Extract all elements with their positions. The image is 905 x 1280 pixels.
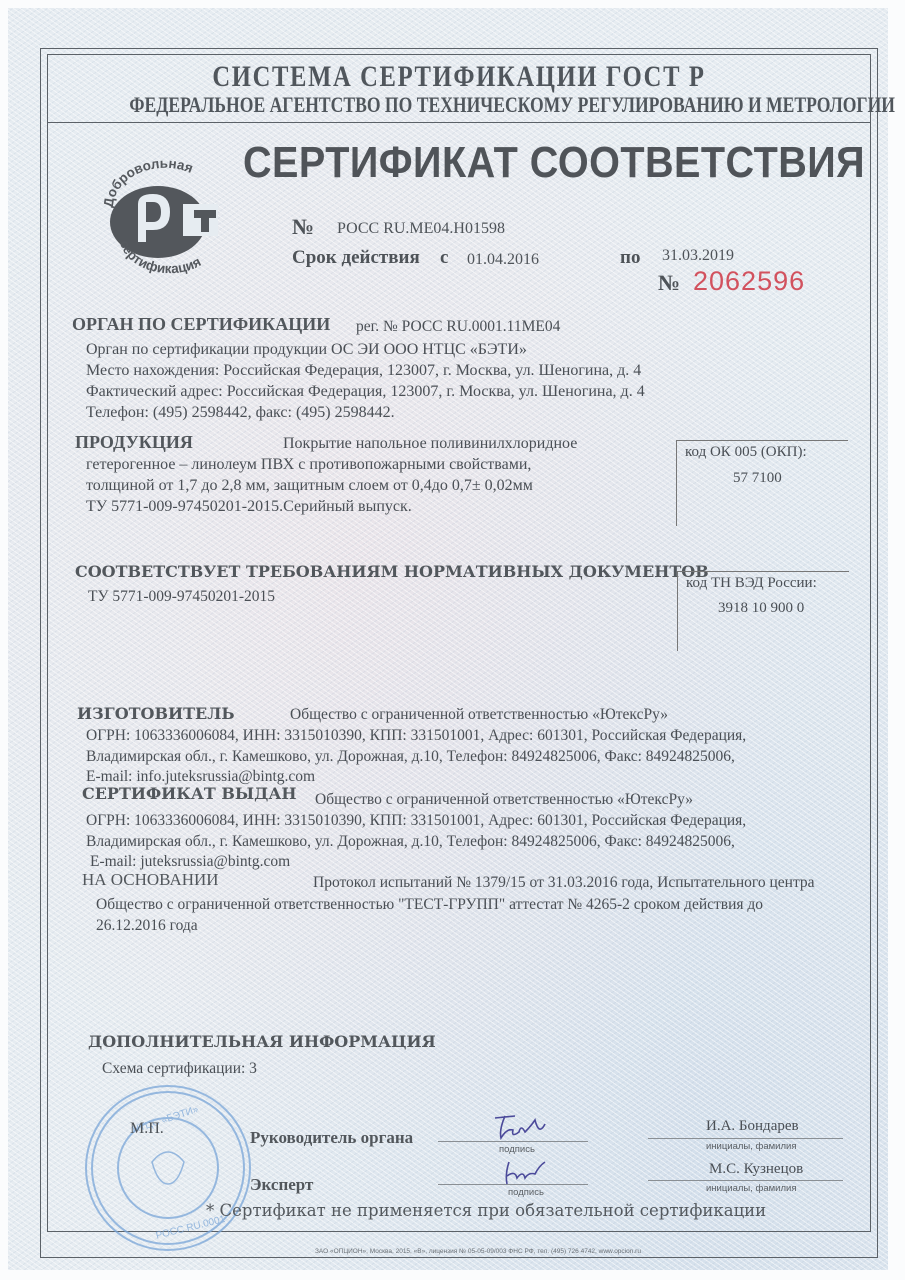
additional-info-heading: ДОПОЛНИТЕЛЬНАЯ ИНФОРМАЦИЯ [88, 1032, 436, 1051]
head-signature-caption: подпись [499, 1144, 535, 1155]
issued-to-email: E-mail: juteksrussia@bintg.com [90, 853, 290, 871]
header-divider [47, 122, 871, 123]
validity-label: Срок действия [292, 247, 420, 269]
product-line: гетерогенное – линолеум ПВХ с противопож… [86, 456, 531, 474]
tnved-code: 3918 10 900 0 [718, 600, 804, 617]
product-line: ТУ 5771-009-97450201-2015.Серийный выпус… [86, 498, 412, 516]
expert-name-line [648, 1180, 843, 1181]
form-number-label: № [658, 270, 680, 296]
product-heading: ПРОДУКЦИЯ [75, 432, 193, 453]
form-number: 2062596 [693, 266, 805, 297]
expert-name: М.С. Кузнецов [709, 1161, 803, 1178]
manufacturer-heading: ИЗГОТОВИТЕЛЬ [77, 704, 235, 723]
certification-body-reg-number: рег. № РОСС RU.0001.11МЕ04 [356, 318, 560, 336]
valid-from-date: 01.04.2016 [467, 251, 539, 269]
basis-line: Протокол испытаний № 1379/15 от 31.03.20… [313, 874, 815, 892]
manufacturer-name: Общество с ограниченной ответственностью… [290, 706, 668, 724]
certification-scheme: Схема сертификации: 3 [102, 1060, 257, 1078]
basis-heading: НА ОСНОВАНИИ [82, 870, 219, 890]
product-line: Покрытие напольное поливинилхлоридное [283, 435, 577, 453]
valid-to-date: 31.03.2019 [662, 247, 734, 265]
document-title: СЕРТИФИКАТ СООТВЕТСТВИЯ [243, 138, 865, 188]
certification-body-line: Фактический адрес: Российская Федерация,… [86, 383, 645, 401]
printer-footer: ЗАО «ОПЦИОН», Москва, 2015, «В», лицензи… [315, 1248, 641, 1255]
okp-code: 57 7100 [733, 470, 782, 487]
expert-signature-caption: подпись [508, 1187, 544, 1198]
head-role-label: Руководитель органа [250, 1128, 413, 1148]
organization-stamp-icon: НТЦС «БЭТИ» РОСС RU.0001 [82, 1082, 254, 1254]
stamp-place-label: М.П. [130, 1120, 164, 1138]
expert-signature-icon [495, 1158, 555, 1186]
certification-body-line: Орган по сертификации продукции ОС ЭИ ОО… [86, 341, 527, 359]
issued-to-name: Общество с ограниченной ответственностью… [315, 791, 693, 809]
manufacturer-line: ОГРН: 1063336006084, ИНН: 3315010390, КП… [86, 727, 746, 745]
basis-line: 26.12.2016 года [96, 917, 198, 935]
validity-to-label: по [620, 247, 640, 269]
issued-to-heading: СЕРТИФИКАТ ВЫДАН [82, 784, 296, 803]
head-name: И.А. Бондарев [706, 1118, 799, 1135]
validity-from-label: с [440, 247, 448, 269]
head-signature-icon [485, 1110, 555, 1142]
certificate-number-label: № [292, 214, 314, 240]
system-title: СИСТЕМА СЕРТИФИКАЦИИ ГОСТ Р [121, 60, 797, 94]
okp-code-box: код ОК 005 (ОКП): 57 7100 [676, 440, 848, 526]
certification-body-line: Место нахождения: Российская Федерация, … [86, 362, 641, 380]
tnved-code-label: код ТН ВЭД России: [686, 575, 817, 592]
voluntary-notice: * Сертификат не применяется при обязател… [206, 1201, 766, 1220]
product-line: толщиной от 1,7 до 2,8 мм, защитным слое… [86, 477, 533, 495]
rst-logo-icon: Добровольная сертификация [98, 160, 228, 275]
okp-code-label: код ОК 005 (ОКП): [685, 444, 807, 461]
expert-name-caption: инициалы, фамилия [706, 1183, 796, 1194]
head-name-caption: инициалы, фамилия [706, 1141, 796, 1152]
certification-body-heading: ОРГАН ПО СЕРТИФИКАЦИИ [72, 314, 330, 335]
issued-to-line: ОГРН: 1063336006084, ИНН: 3315010390, КП… [86, 812, 746, 830]
expert-role-label: Эксперт [250, 1175, 313, 1195]
head-name-line [648, 1138, 843, 1139]
agency-name: ФЕДЕРАЛЬНОЕ АГЕНТСТВО ПО ТЕХНИЧЕСКОМУ РЕ… [129, 92, 788, 118]
certification-body-line: Телефон: (495) 2598442, факс: (495) 2598… [86, 404, 395, 422]
issued-to-line: Владимирская обл., г. Камешково, ул. Дор… [86, 833, 735, 851]
normative-document: ТУ 5771-009-97450201-2015 [88, 588, 275, 606]
certificate-number: РОСС RU.ME04.H01598 [337, 220, 505, 238]
manufacturer-line: Владимирская обл., г. Камешково, ул. Дор… [86, 748, 735, 766]
tnved-code-box: код ТН ВЭД России: 3918 10 900 0 [677, 571, 849, 651]
basis-line: Общество с ограниченной ответственностью… [96, 896, 763, 914]
conformity-heading: СООТВЕТСТВУЕТ ТРЕБОВАНИЯМ НОРМАТИВНЫХ ДО… [75, 562, 709, 581]
